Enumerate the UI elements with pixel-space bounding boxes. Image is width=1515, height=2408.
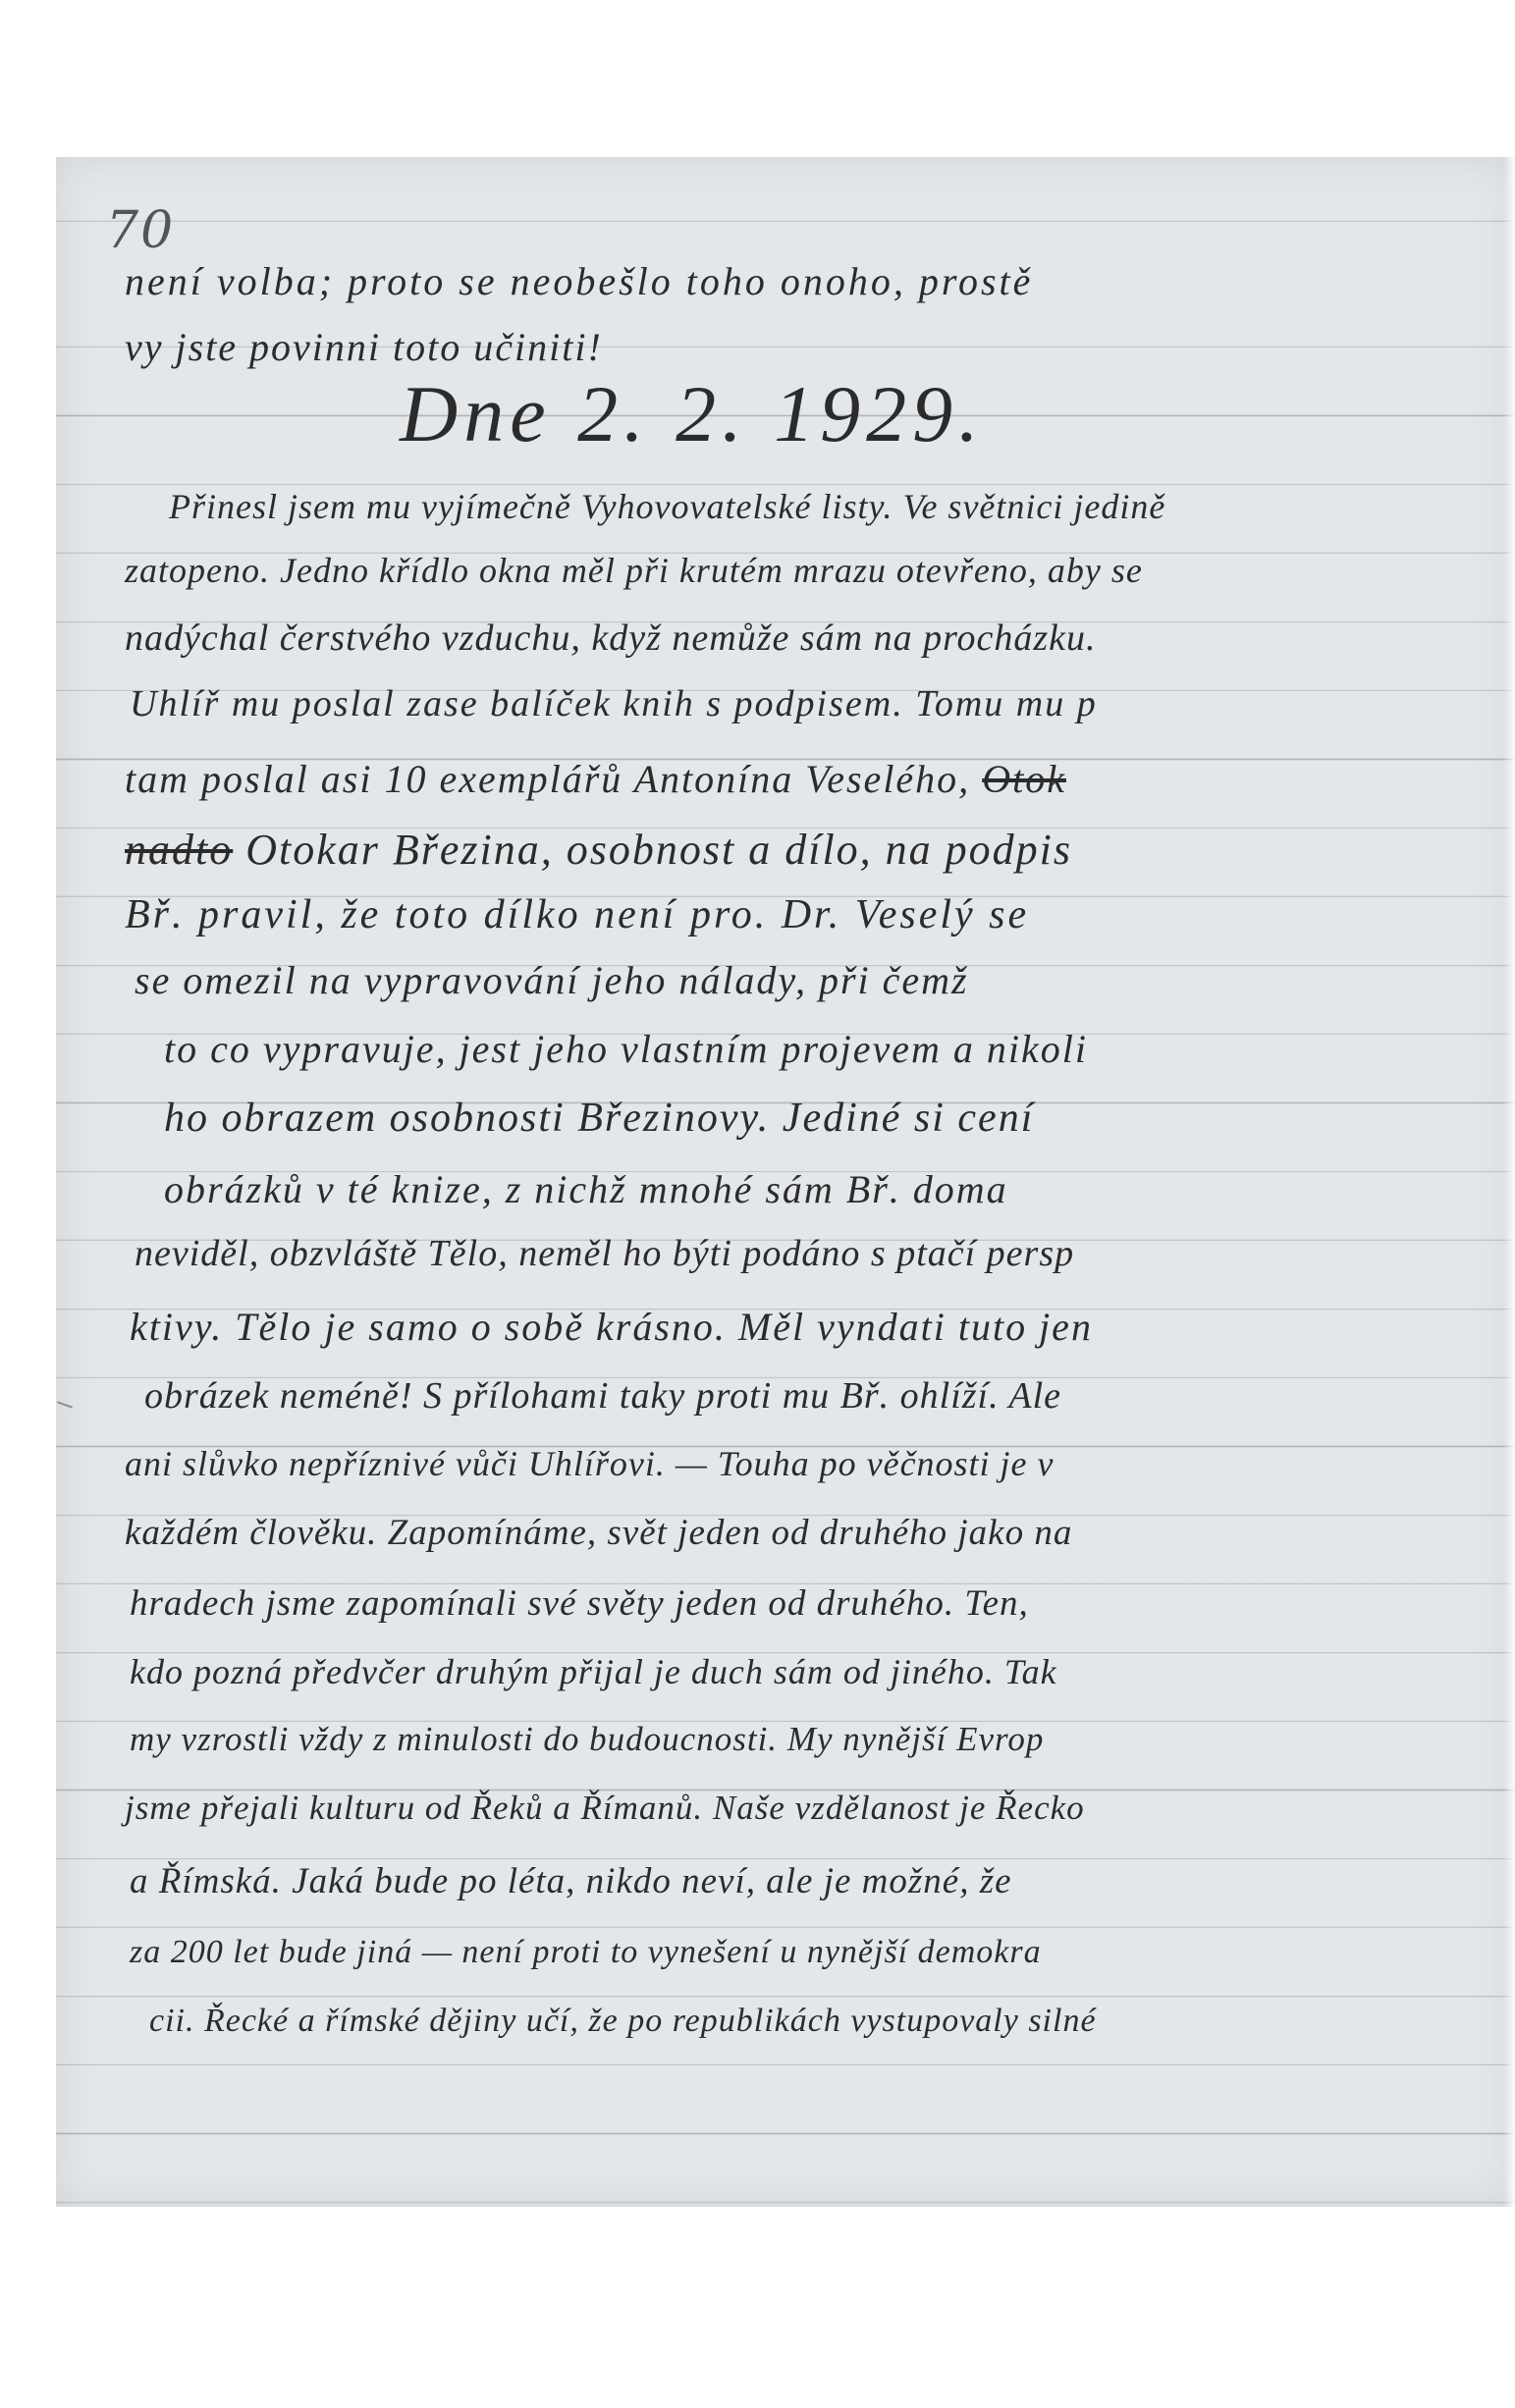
- text-line: cii. Řecké a římské dějiny učí, že po re…: [149, 2003, 1097, 2040]
- text-line: Bř. pravil, že toto dílko není pro. Dr. …: [125, 891, 1029, 938]
- text-line: Přinesl jsem mu vyjímečně Vyhovovatelské…: [169, 486, 1165, 527]
- manuscript-page: 70 není volba; proto se neobešlo toho on…: [56, 157, 1515, 2207]
- text-line: ho obrazem osobnosti Březinovy. Jediné s…: [164, 1095, 1034, 1142]
- text-line: neviděl, obzvláště Tělo, neměl ho býti p…: [135, 1232, 1074, 1275]
- text-line: není volba; proto se neobešlo toho onoho…: [125, 258, 1033, 304]
- text-line: ktivy. Tělo je samo o sobě krásno. Měl v…: [130, 1304, 1093, 1350]
- text-line: jsme přejali kulturu od Řeků a Římanů. N…: [125, 1789, 1085, 1828]
- text-line: obrázek neméně! S přílohami taky proti m…: [144, 1374, 1061, 1418]
- text-line: hradech jsme zapomínali své světy jeden …: [130, 1582, 1029, 1625]
- text-line: kdo pozná předvčer druhým přijal je duch…: [130, 1651, 1057, 1692]
- text-line: a Římská. Jaká bude po léta, nikdo neví,…: [130, 1860, 1012, 1902]
- page-number: 70: [106, 201, 175, 260]
- margin-mark: [57, 1401, 73, 1408]
- text-line: nadto Otokar Březina, osobnost a dílo, n…: [125, 825, 1072, 875]
- text-line: my vzrostli vždy z minulosti do budoucno…: [130, 1720, 1044, 1759]
- text-line: to co vypravuje, jest jeho vlastním proj…: [164, 1026, 1088, 1072]
- text-line: nadýchal čerstvého vzduchu, když nemůže …: [125, 616, 1097, 660]
- text-line: se omezil na vypravování jeho nálady, př…: [135, 957, 969, 1003]
- text-line: Uhlíř mu poslal zase balíček knih s podp…: [130, 682, 1098, 725]
- text-line: zatopeno. Jedno křídlo okna měl při krut…: [125, 550, 1143, 591]
- text-line: každém člověku. Zapomínáme, svět jeden o…: [125, 1512, 1072, 1554]
- struck-word: nadto: [125, 826, 233, 874]
- struck-word: Otok: [982, 757, 1066, 801]
- date-heading: Dne 2. 2. 1929.: [400, 368, 985, 460]
- text-line: za 200 let bude jiná — není proti to vyn…: [130, 1934, 1042, 1971]
- text-line: ani slůvko nepříznivé vůči Uhlířovi. — T…: [125, 1443, 1055, 1484]
- text-line: tam poslal asi 10 exemplářů Antonína Ves…: [125, 756, 1066, 802]
- text-line: obrázků v té knize, z nichž mnohé sám Bř…: [164, 1166, 1008, 1212]
- text-line: vy jste povinni toto učiniti!: [125, 324, 603, 370]
